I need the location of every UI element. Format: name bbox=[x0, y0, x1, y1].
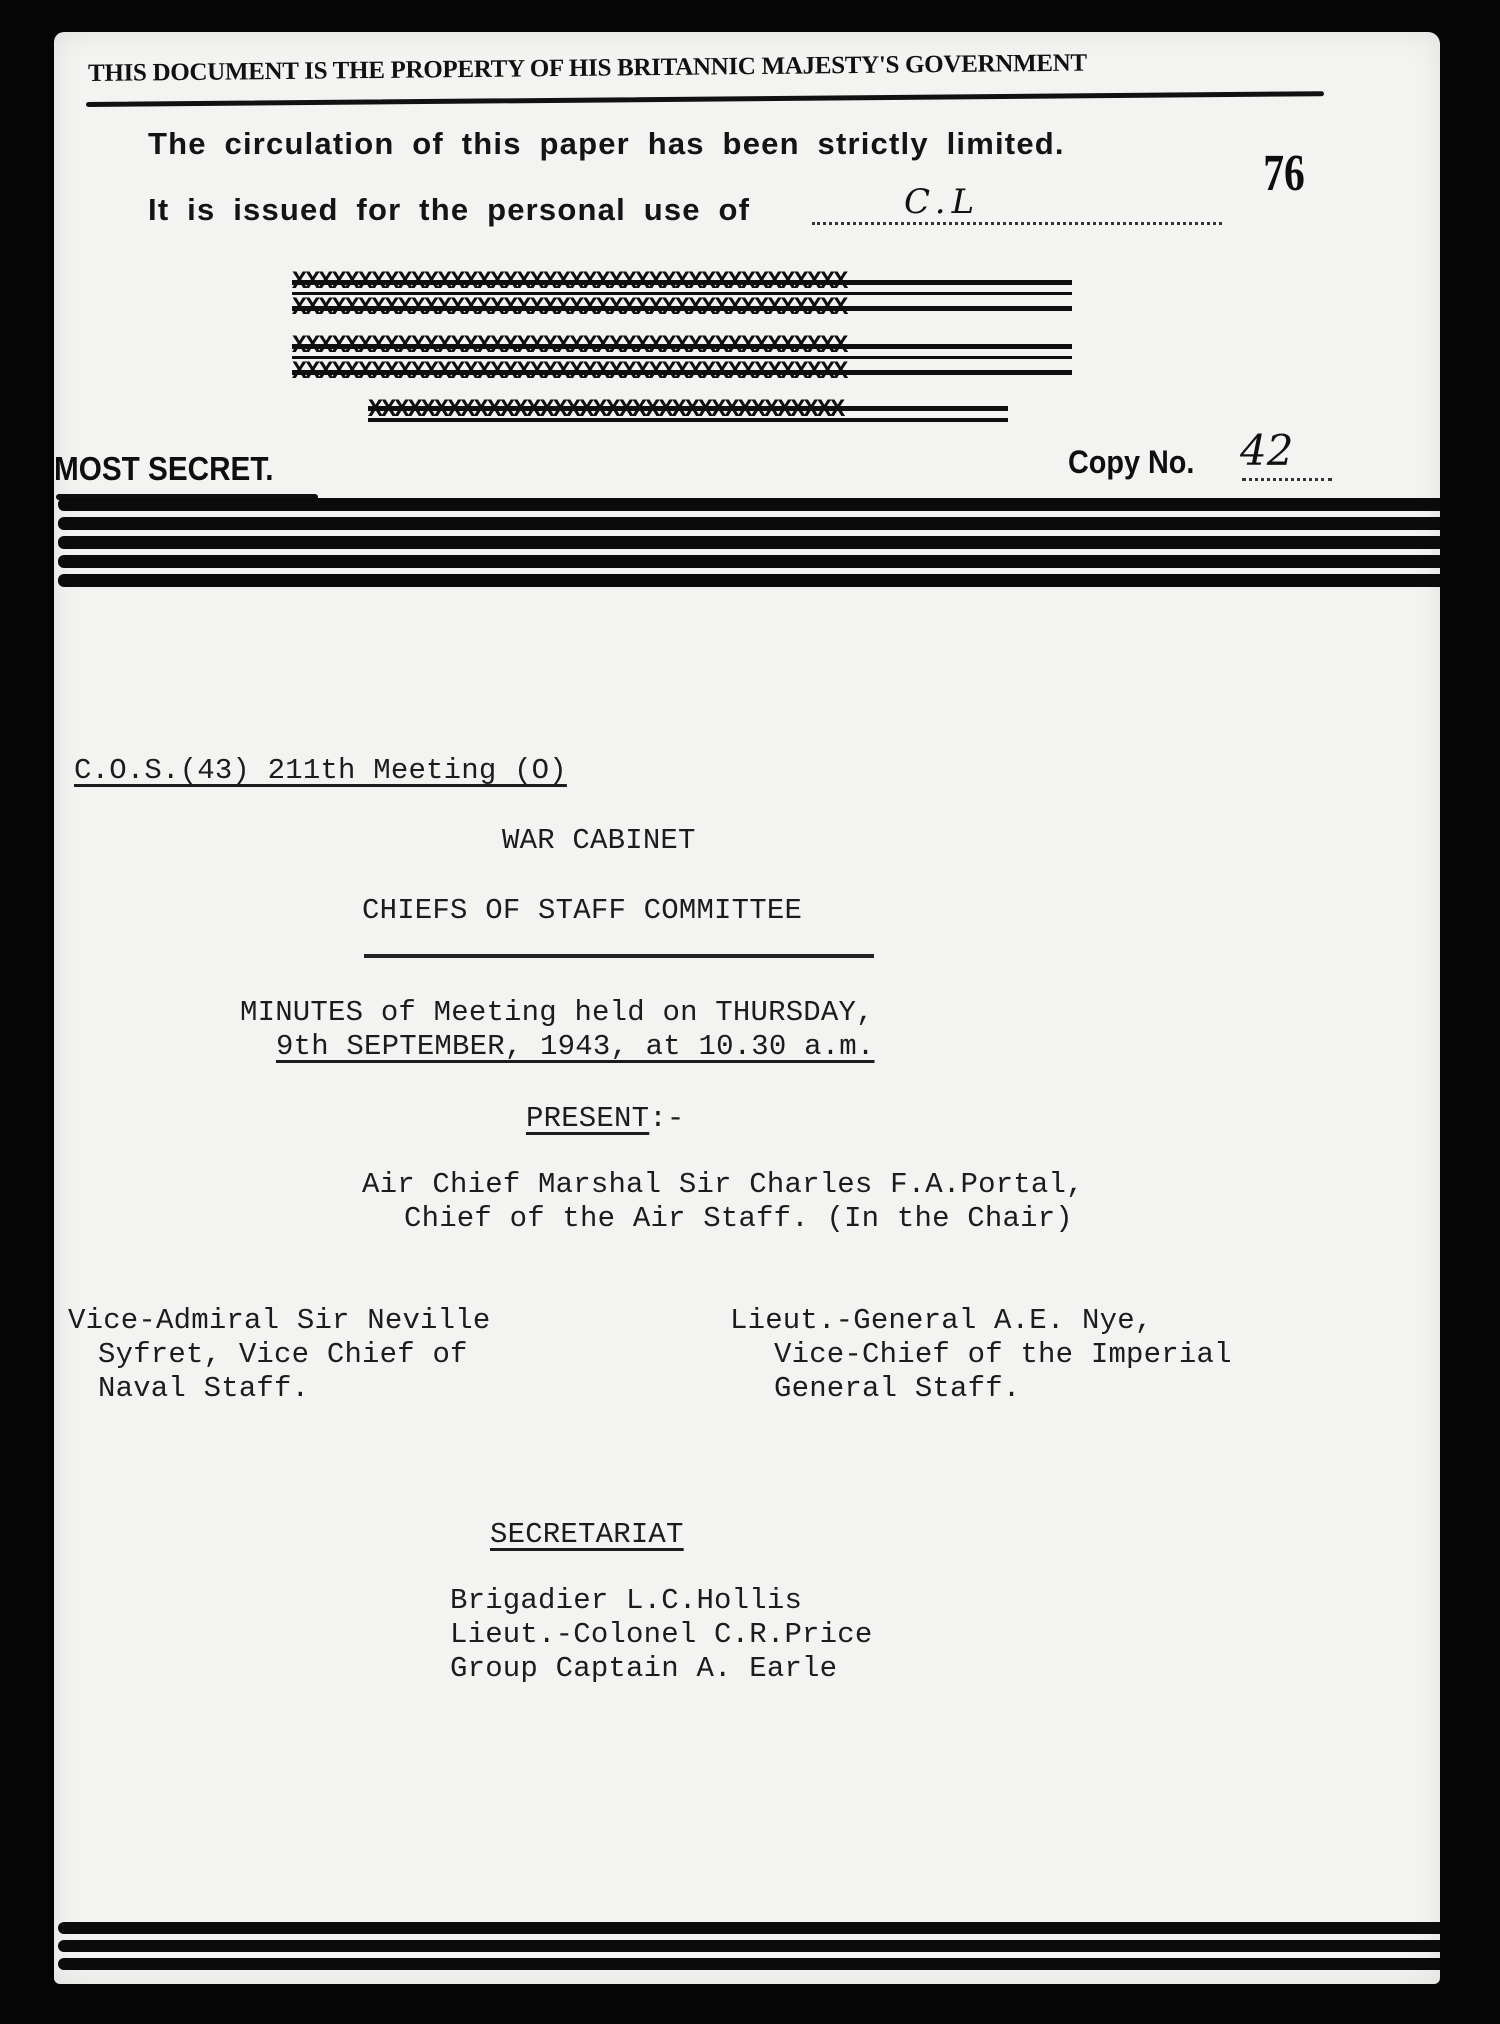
copy-number-dotted-field bbox=[1242, 478, 1332, 481]
meeting-date-line-2: 9th SEPTEMBER, 1943, at 10.30 a.m. bbox=[276, 1030, 875, 1064]
attendee-right-line-2: Vice-Chief of the Imperial bbox=[774, 1338, 1232, 1372]
war-cabinet-heading: WAR CABINET bbox=[502, 824, 696, 858]
secretariat-member: Brigadier L.C.Hollis bbox=[450, 1584, 802, 1618]
redacted-line-group-2: XXXXXXXXXXXXXXXXXXXXXXXXXXXXXXXXXXXXXXXX… bbox=[292, 334, 1072, 392]
property-notice: THIS DOCUMENT IS THE PROPERTY OF HIS BRI… bbox=[88, 50, 1087, 88]
attendee-left-line-1: Vice-Admiral Sir Neville bbox=[68, 1304, 490, 1338]
footer-stripe-band bbox=[58, 1922, 1440, 1976]
header-stripe-band bbox=[58, 498, 1440, 593]
heading-divider bbox=[364, 954, 874, 958]
attendee-right-line-3: General Staff. bbox=[774, 1372, 1020, 1406]
attendee-left-line-2: Syfret, Vice Chief of bbox=[98, 1338, 468, 1372]
property-notice-underline bbox=[86, 91, 1324, 107]
issued-for-dotted-field bbox=[812, 222, 1222, 225]
copy-number-label: Copy No. bbox=[1068, 444, 1194, 481]
document-page: THIS DOCUMENT IS THE PROPERTY OF HIS BRI… bbox=[54, 32, 1440, 1984]
present-heading: PRESENT:- bbox=[526, 1102, 684, 1136]
redacted-line-group-1: XXXXXXXXXXXXXXXXXXXXXXXXXXXXXXXXXXXXXXXX… bbox=[292, 270, 1072, 328]
issued-to-handwritten-initials: C.L bbox=[904, 182, 980, 222]
circulation-notice: The circulation of this paper has been s… bbox=[148, 126, 1065, 162]
copy-number-handwritten: 42 bbox=[1240, 426, 1293, 475]
secretariat-member: Lieut.-Colonel C.R.Price bbox=[450, 1618, 872, 1652]
issued-for-line: It is issued for the personal use of bbox=[148, 192, 750, 228]
attendee-right-line-1: Lieut.-General A.E. Nye, bbox=[730, 1304, 1152, 1338]
classification-label: MOST SECRET. bbox=[54, 450, 273, 488]
redacted-line-group-3: XXXXXXXXXXXXXXXXXXXXXXXXXXXXXXXXXXXX bbox=[368, 398, 1008, 426]
committee-heading: CHIEFS OF STAFF COMMITTEE bbox=[362, 894, 802, 928]
meeting-date-line-1: MINUTES of Meeting held on THURSDAY, bbox=[240, 996, 874, 1030]
chair-line-1: Air Chief Marshal Sir Charles F.A.Portal… bbox=[362, 1168, 1084, 1202]
secretariat-member: Group Captain A. Earle bbox=[450, 1652, 837, 1686]
meeting-reference: C.O.S.(43) 211th Meeting (O) bbox=[74, 754, 567, 788]
present-suffix: :- bbox=[649, 1102, 684, 1135]
attendee-left-line-3: Naval Staff. bbox=[98, 1372, 309, 1406]
secretariat-heading: SECRETARIAT bbox=[490, 1518, 684, 1552]
present-label: PRESENT bbox=[526, 1102, 649, 1135]
page-number: 76 bbox=[1263, 144, 1305, 203]
chair-line-2: Chief of the Air Staff. (In the Chair) bbox=[404, 1202, 1073, 1236]
